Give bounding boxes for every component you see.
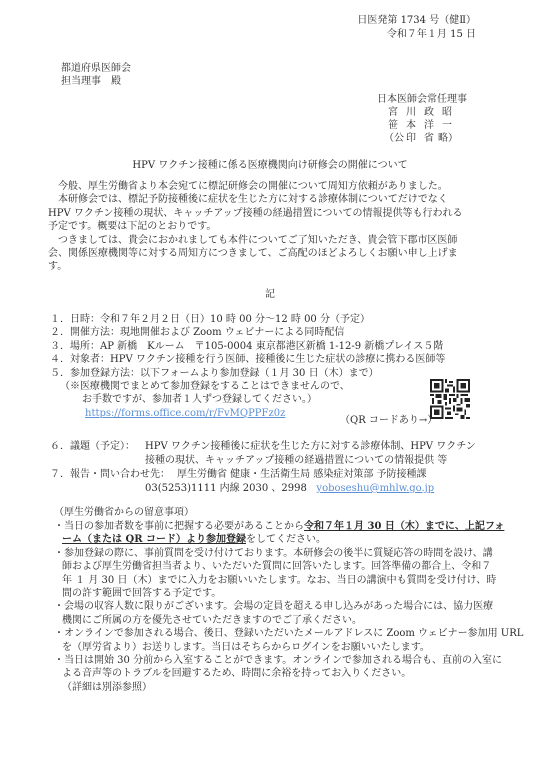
item-contact-label: ７．報告・問い合わせ先： (50, 468, 170, 481)
qr-code-icon[interactable] (430, 379, 470, 419)
registration-form-link[interactable]: https://forms.office.com/r/FvMQPPFz0z (85, 408, 285, 419)
addressee-title: 担当理事 殿 (61, 75, 121, 88)
note-5-line: よる音声等のトラブルを回避するため、時間に余裕を持ってお入りください。 (54, 667, 494, 680)
note-2-line: ・参加登録の際に、事前質問を受け付けております。本研修会の後半に質疑応答の時間を… (54, 547, 494, 560)
contact-phone: 03(5253)1111 内線 2030 、2998 (145, 483, 307, 494)
note-4-line: ・オンラインで参加される場合、後日、登録いただいたメールアドレスに Zoom ウ… (54, 627, 494, 640)
note-1-line: ーム（または QR コード）より参加登録をしてください。 (54, 533, 494, 546)
paragraph-3-line: つきましては、貴会におかれましても本件についてご了知いただき、貴会管下郡市区医師 (48, 234, 494, 247)
items-list: １．日時：令和７年２月２日（日）10 時 00 分～12 時 00 分（予定） … (50, 313, 445, 420)
item-agenda-line2: 接種の現状、キャッチアップ接種の経過措置についての情報提供 等 (145, 454, 447, 467)
note-3-line: 機関にご所属の方を優先させていただきますのでご了承ください。 (54, 614, 494, 627)
addressee-org: 都道府県医師会 (61, 62, 131, 75)
document-date: 令和７年１月 15 日 (387, 28, 476, 41)
paragraph-1: 今般、厚生労働省より本会宛てに標記研修会の開催について周知方依頼がありました。 (48, 180, 494, 193)
item-contact-dept: 厚生労働省 健康・生活衛生局 感染症対策部 予防接種課 (177, 468, 427, 481)
registration-note-2: お手数ですが、参加者１人ずつ登録してください。） (50, 393, 445, 406)
item-method: ２．開催方法：現地開催および Zoom ウェビナーによる同時配信 (50, 326, 445, 339)
body-text: 今般、厚生労働省より本会宛てに標記研修会の開催について周知方依頼がありました。 … (48, 180, 494, 274)
qr-note: （QR コードあり→） (340, 414, 437, 427)
notes-heading: （厚生労働省からの留意事項） (54, 506, 194, 519)
sender-org: 日本医師会常任理事 (377, 93, 467, 106)
note-4-line: を（厚労省より）お送りします。当日はそちらからログインをお願いいたします。 (54, 641, 494, 654)
item-agenda-line1: HPV ワクチン接種後に症状を生じた方に対する診療体制、HPV ワクチン (145, 440, 476, 453)
note-3-line: ・会場の収容人数に限りがございます。会場の定員を超える申し込みがあった場合には、… (54, 600, 494, 613)
document-title: HPV ワクチン接種に係る医療機関向け研修会の開催について (0, 159, 540, 172)
note-5-line: ・当日は開始 30 分前から入室することができます。オンラインで参加される場合も… (54, 654, 494, 667)
sender-name-1: 宮川政昭 (384, 106, 456, 119)
registration-note-1: （※医療機関でまとめて参加登録をすることはできませんので、 (50, 380, 445, 393)
paragraph-3-line: 会、関係医療機関等に対する周知方につきまして、ご高配のほどよろしくお願い申し上げ… (48, 247, 494, 260)
paragraph-2-line: 予定です。概要は下記のとおりです。 (48, 220, 494, 233)
paragraph-2-line: 本研修会では、標記予防接種後に症状を生じた方に対する診療体制についてだけでなく (48, 193, 494, 206)
note-2-line: 師および厚生労働省担当者より、いただいた質問に回答いたします。回答準備の都合上、… (54, 560, 494, 573)
note-1-line: ・当日の参加者数を事前に把握する必要があることから令和７年１月 30 日（木）ま… (54, 520, 494, 533)
item-datetime: １．日時：令和７年２月２日（日）10 時 00 分～12 時 00 分（予定） (50, 313, 445, 326)
notes-list: ・当日の参加者数を事前に把握する必要があることから令和７年１月 30 日（木）ま… (54, 520, 494, 694)
notes-footer: （詳細は別添参照） (54, 681, 494, 694)
item-venue: ３．場所：AP 新橋 Kルーム 〒105-0004 東京都港区新橋 1-12-9… (50, 340, 445, 353)
paragraph-2-line: HPV ワクチン接種の現状、キャッチアップ接種の経過措置についての情報提供等も行… (48, 207, 494, 220)
item-target: ４．対象者：HPV ワクチン接種を行う医師、接種後に生じた症状の診療に携わる医師… (50, 353, 445, 366)
seal-note: （公印省略） (384, 132, 456, 145)
document-number: 日医発第 1734 号（健Ⅱ） (357, 14, 476, 27)
item-registration: ５．参加登録方法：以下フォームより参加登録（１月 30 日（木）まで） (50, 367, 445, 380)
item-contact-phone: 03(5253)1111 内線 2030 、2998 yoboseshu@mhl… (145, 482, 434, 495)
note-2-line: 間の許す範囲で回答する予定です。 (54, 587, 494, 600)
ki-heading: 記 (0, 288, 540, 301)
paragraph-3-line: す。 (48, 260, 494, 273)
note-2-line: 年 １ 月 30 日（木）までに入力をお願いいたします。なお、当日の講演中も質問… (54, 574, 494, 587)
item-agenda-label: ６．議題（予定）： (50, 440, 135, 453)
sender-name-2: 笹本洋一 (384, 119, 456, 132)
contact-email-link[interactable]: yoboseshu@mhlw.go.jp (316, 483, 434, 494)
